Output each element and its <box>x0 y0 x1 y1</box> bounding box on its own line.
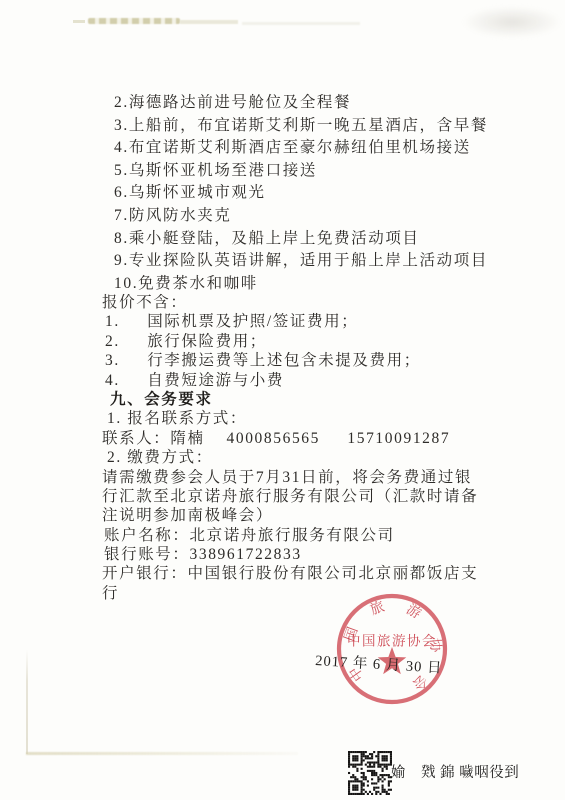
doc-line: 4.布宜诺斯艾利斯酒店至豪尔赫纽伯里机场接送 <box>102 137 488 160</box>
doc-line: 3. 行李搬运费等上述包含未提及费用； <box>102 351 478 370</box>
scan-smudge <box>242 22 360 25</box>
association-stamp: 中国旅游协会 中国旅游协会 <box>326 586 458 712</box>
doc-line: 2. 旅行保险费用； <box>102 332 478 351</box>
doc-line: 5.乌斯怀亚机场至港口接送 <box>102 160 488 183</box>
doc-line: 1. 报名联系方式： <box>102 409 478 428</box>
scan-smudge <box>88 18 180 24</box>
scan-smudge <box>73 20 85 23</box>
doc-line: 账户名称：北京诺舟旅行服务有限公司 <box>102 526 478 545</box>
doc-line: 2. 缴费方式： <box>102 448 478 467</box>
doc-line: 九、会务要求 <box>102 390 478 409</box>
doc-line: 银行账号：338961722833 <box>102 545 478 564</box>
doc-line: 8.乘小艇登陆，及船上岸上免费活动项目 <box>102 228 488 251</box>
stamp-title-text: 中国旅游协会 <box>347 633 437 649</box>
scanned-document-page: 2.海德路达前进号舱位及全程餐3.上船前，布宜诺斯艾利斯一晚五星酒店，含早餐4.… <box>0 0 565 800</box>
details-section: 报价不含：1. 国际机票及护照/签证费用；2. 旅行保险费用；3. 行李搬运费等… <box>102 293 478 603</box>
doc-line: 4. 自费短途游与小费 <box>102 371 478 390</box>
stamp-graphic: 中国旅游协会 中国旅游协会 <box>326 586 458 712</box>
itinerary-list: 2.海德路达前进号舱位及全程餐3.上船前，布宜诺斯艾利斯一晚五星酒店，含早餐4.… <box>102 92 488 295</box>
doc-line: 10.免费茶水和咖啡 <box>102 273 488 296</box>
page-edge-line-vertical <box>26 650 28 754</box>
doc-line: 行汇款至北京诺舟旅行服务有限公司（汇款时请备 <box>102 487 478 506</box>
doc-line: 2.海德路达前进号舱位及全程餐 <box>102 92 488 115</box>
doc-line: 3.上船前，布宜诺斯艾利斯一晚五星酒店，含早餐 <box>102 115 488 138</box>
doc-line: 注说明参加南极峰会） <box>102 506 478 525</box>
doc-line: 1. 国际机票及护照/签证费用； <box>102 312 478 331</box>
doc-line: 开户银行：中国银行股份有限公司北京丽都饭店支 <box>102 564 478 583</box>
doc-line: 6.乌斯怀亚城市观光 <box>102 182 488 205</box>
doc-line: 联系人：隋楠 4000856565 15710091287 <box>102 429 478 448</box>
doc-line: 请需缴费参会人员于7月31日前，将会务费通过银 <box>102 468 478 487</box>
scan-smudge <box>180 20 238 24</box>
doc-line: 报价不含： <box>102 293 478 312</box>
scan-smudge <box>462 6 562 38</box>
doc-line: 9.专业探险队英语讲解，适用于船上岸上活动项目 <box>102 250 488 273</box>
doc-line: 7.防风防水夹克 <box>102 205 488 228</box>
footer-glyphs: 媮 戣 錦 噦咽役到 <box>391 761 519 782</box>
page-edge-line-horizontal <box>26 752 298 755</box>
qr-code <box>348 751 392 795</box>
